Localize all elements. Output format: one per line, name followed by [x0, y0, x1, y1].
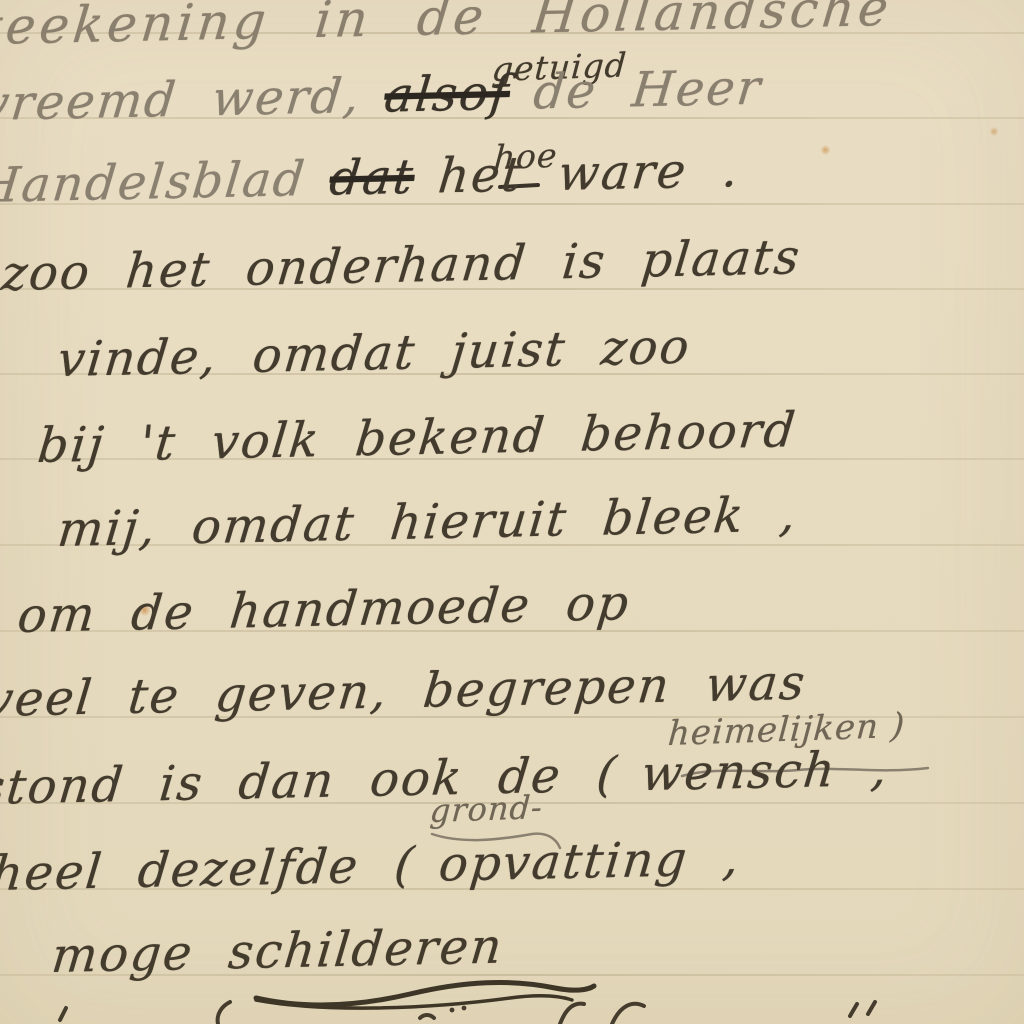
- handwritten-text: zoo het onderhand is plaats: [0, 229, 804, 302]
- ink-stain: [989, 127, 999, 136]
- handwritten-text: mij, omdat hieruit bleek ,: [55, 486, 800, 558]
- handwritten-line: bij 't volk bekend behoord: [35, 402, 799, 474]
- handwritten-line: teekening in de Hollandsche: [0, 0, 895, 56]
- inserted-word: grond-: [429, 788, 545, 830]
- handwritten-line: moge schilderen: [49, 918, 506, 984]
- manuscript-page: teekening in de Hollandsche getuigd vree…: [0, 0, 1024, 1024]
- handwritten-text: heel dezelfde (: [0, 837, 418, 902]
- handwritten-line: vreemd werd,alsofde Heer: [0, 60, 765, 132]
- handwritten-text: om de handmoede op: [15, 575, 633, 644]
- handwritten-text: moge schilderen: [49, 918, 506, 984]
- handwritten-text: wensch ,: [639, 741, 892, 802]
- handwritten-text: teekening in de Hollandsche: [0, 0, 895, 56]
- handwritten-text: het ware .: [436, 142, 743, 204]
- handwritten-text: opvatting ,: [436, 830, 743, 892]
- handwritten-text: bij 't volk bekend behoord: [35, 402, 799, 474]
- handwritten-line: heel dezelfde (opvatting ,: [0, 830, 744, 902]
- handwritten-text: vinde, omdat juist zoo: [55, 319, 693, 388]
- strikethrough-word: alsof: [382, 65, 513, 124]
- strikethrough-word: dat: [327, 149, 417, 207]
- handwritten-text: vreemd werd,: [0, 68, 364, 132]
- handwritten-line: vinde, omdat juist zoo: [55, 319, 693, 388]
- handwritten-line: zoo het onderhand is plaats: [0, 229, 804, 302]
- cutoff-stroke-fragment: [0, 998, 1024, 1024]
- ink-stain: [820, 145, 831, 155]
- handwritten-line: mij, omdat hieruit bleek ,: [55, 486, 800, 558]
- handwritten-text: de Heer: [531, 60, 765, 121]
- handwritten-line: om de handmoede op: [15, 575, 633, 644]
- handwritten-text: Handelsblad: [0, 151, 309, 214]
